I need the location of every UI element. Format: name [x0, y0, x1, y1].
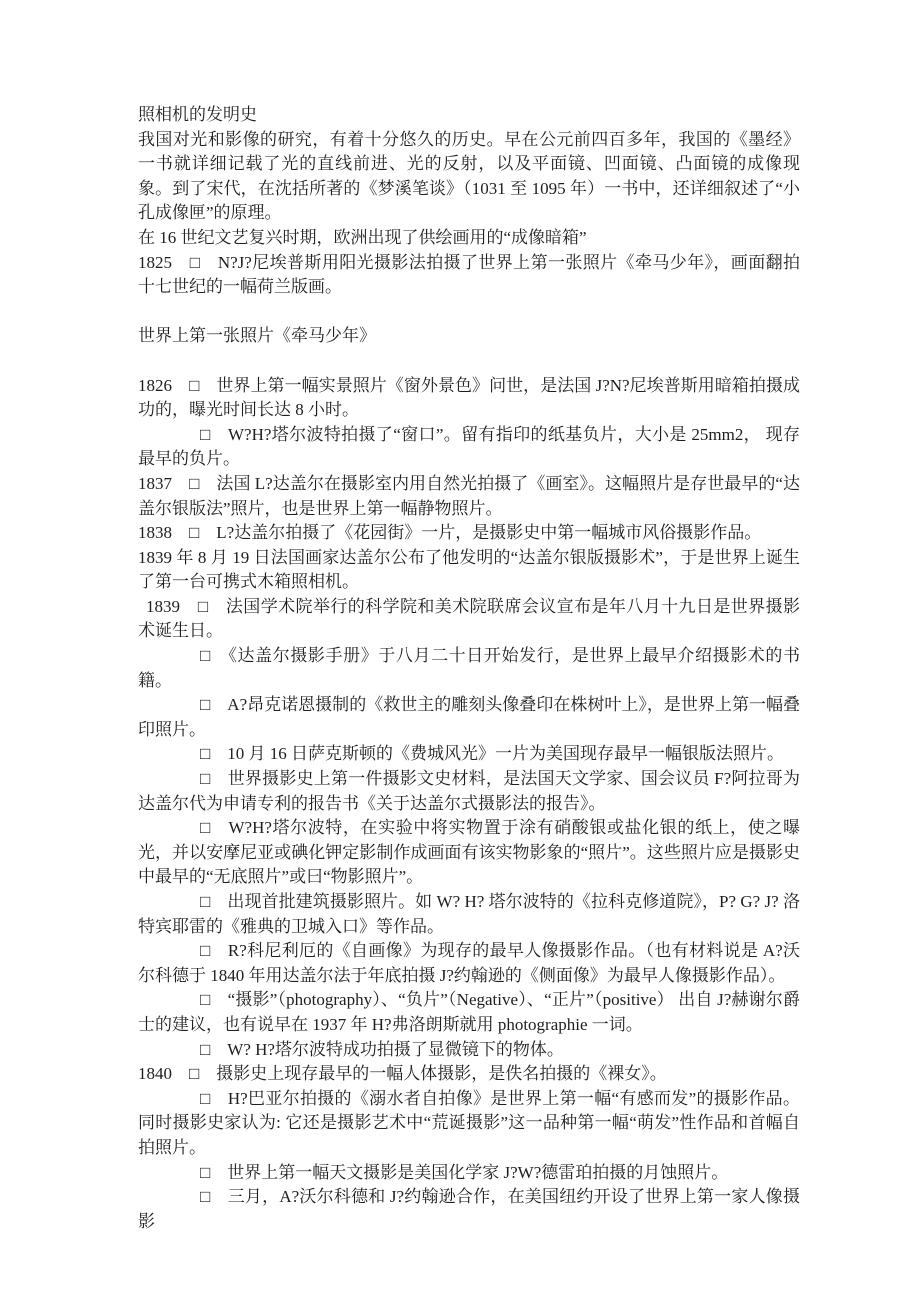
entry-daguerre-manual: □ 《达盖尔摄影手册》于八月二十日开始发行，是世界上最早介绍摄影术的书籍。 [138, 644, 800, 693]
document-body: 照相机的发明史 我国对光和影像的研究，有着十分悠久的历史。早在公元前四百多年，我… [138, 103, 800, 1234]
entry-architecture-photos: □ 出现首批建筑摄影照片。如 W? H? 塔尔波特的《拉科克修道院》，P? G?… [138, 890, 800, 939]
entry-1825: 1825 □ N?J?尼埃普斯用阳光摄影法拍摄了世界上第一张照片《牵马少年》，画… [138, 251, 800, 300]
entry-talbot-window: □ W?H?塔尔波特拍摄了“窗口”。留有指印的纸基负片，大小是 25mm2， 现… [138, 423, 800, 472]
entry-1826: 1826 □ 世界上第一幅实景照片《窗外景色》问世，是法国 J?N?尼埃普斯用暗… [138, 374, 800, 423]
entry-astronomy-photo: □ 世界上第一幅天文摄影是美国化学家 J?W?德雷珀拍摄的月蚀照片。 [138, 1161, 800, 1186]
intro-paragraph: 我国对光和影像的研究，有着十分悠久的历史。早在公元前四百多年，我国的《墨经》一书… [138, 128, 800, 226]
renaissance-line: 在 16 世纪文艺复兴时期，欧洲出现了供绘画用的“成像暗箱” [138, 226, 800, 251]
entry-1839-congress: 1839 □ 法国学术院举行的科学院和美术院联席会议宣布是年八月十九日是世界摄影… [138, 595, 800, 644]
entry-1840: 1840 □ 摄影史上现存最早的一幅人体摄影，是佚名拍摄的《裸女》。 [138, 1062, 800, 1087]
caption-first-photo: 世界上第一张照片《牵马少年》 [138, 324, 800, 349]
doc-title: 照相机的发明史 [138, 103, 800, 128]
document-page: 照相机的发明史 我国对光和影像的研究，有着十分悠久的历史。早在公元前四百多年，我… [0, 0, 920, 1302]
entry-overprint-photo: □ A?昂克诺恩摄制的《救世主的雕刻头像叠印在株树叶上》，是世界上第一幅叠印照片… [138, 693, 800, 742]
blank-line [138, 300, 800, 325]
entry-microscope: □ W? H?塔尔波特成功拍摄了显微镜下的物体。 [138, 1038, 800, 1063]
entry-first-studio: □ 三月，A?沃尔科德和 J?约翰逊合作，在美国纽约开设了世界上第一家人像摄影 [138, 1185, 800, 1234]
entry-bayard-selfportrait: □ H?巴亚尔拍摄的《溺水者自拍像》是世界上第一幅“有感而发”的摄影作品。同时摄… [138, 1087, 800, 1161]
entry-patent-report: □ 世界摄影史上第一件摄影文史材料，是法国天文学家、国会议员 F?阿拉哥为达盖尔… [138, 767, 800, 816]
entry-talbot-experiment: □ W?H?塔尔波特，在实验中将实物置于涂有硝酸银或盐化银的纸上，使之曝光，并以… [138, 816, 800, 890]
blank-line [138, 349, 800, 374]
entry-photography-terms: □ “摄影”（photography）、“负片”（Negative）、“正片”（… [138, 988, 800, 1037]
entry-1839-announcement: 1839 年 8 月 19 日法国画家达盖尔公布了他发明的“达盖尔银版摄影术”，… [138, 546, 800, 595]
entry-first-portrait: □ R?科尼利厄的《自画像》为现存的最早人像摄影作品。（也有材料说是 A?沃尔科… [138, 939, 800, 988]
entry-1838: 1838 □ L?达盖尔拍摄了《花园街》一片，是摄影史中第一幅城市风俗摄影作品。 [138, 521, 800, 546]
entry-1837: 1837 □ 法国 L?达盖尔在摄影室内用自然光拍摄了《画室》。这幅照片是存世最… [138, 472, 800, 521]
entry-philadelphia-view: □ 10 月 16 日萨克斯顿的《费城风光》一片为美国现存最早一幅银版法照片。 [138, 742, 800, 767]
